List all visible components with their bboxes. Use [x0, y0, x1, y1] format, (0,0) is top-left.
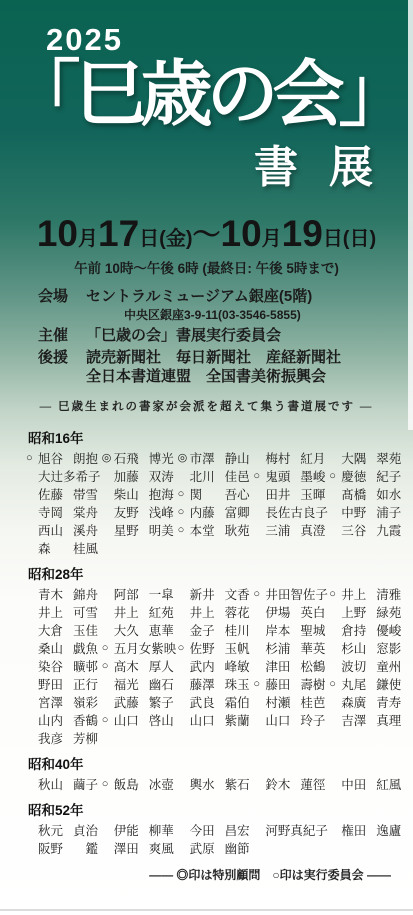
given-name: 幽石 — [149, 675, 174, 693]
group-section: 昭和40年秋山繭子○飯島冰壺輿水紫石鈴木蓮徑中田紅風 — [26, 753, 405, 793]
name-cell: 染谷曠邨 — [26, 657, 102, 675]
name-cell: ○井田智佐子 — [253, 585, 329, 603]
surname: 今田 — [190, 821, 225, 839]
surname: 中野 — [341, 503, 376, 521]
given-name: 玉帆 — [225, 639, 250, 657]
organizer-label: 主催 — [38, 327, 86, 346]
exhibition-title: 「巳歳の会」 — [0, 58, 413, 133]
date-part: 19 — [282, 213, 323, 254]
committee-mark: ○ — [102, 642, 114, 654]
support-line-1: 読売新聞社 毎日新聞社 産経新聞社 — [86, 349, 341, 368]
name-cell: ○本堂耿苑 — [178, 521, 254, 539]
name-cell: 伊能柳華 — [102, 821, 178, 839]
given-name: 紅月 — [300, 449, 325, 467]
name-cell: ○内藤富卿 — [178, 503, 254, 521]
given-name: 爽風 — [149, 839, 174, 857]
name-cell: 長佐古良子 — [253, 503, 329, 521]
given-name: 真理 — [376, 711, 401, 729]
exhibition-subtitle: 書 展 — [0, 131, 383, 195]
surname: 岸本 — [265, 621, 300, 639]
given-name: 戯魚 — [73, 639, 98, 657]
support-line-2: 全日本書道連盟 全国書美術振興会 — [86, 368, 341, 387]
surname: 宮澤 — [38, 693, 73, 711]
given-name: 紅苑 — [149, 603, 174, 621]
given-name: 清雅 — [376, 585, 401, 603]
given-name: 松鶴 — [300, 657, 325, 675]
given-name: 恵華 — [149, 621, 174, 639]
organizer-row: 主催 「巳歳の会」書展実行委員会 — [38, 327, 413, 346]
name-cell: 今田昌宏 — [178, 821, 254, 839]
given-name: 錦舟 — [73, 585, 98, 603]
name-cell: 阪野 鑑 — [26, 839, 102, 857]
name-cell: 山口紫蘭 — [178, 711, 254, 729]
surname: 五月女紫映 — [114, 639, 177, 657]
given-name: 曠邨 — [73, 657, 98, 675]
group-section: 昭和16年○旭谷朗抱◎石飛博光◎市澤静山梅村紅月大隅翠苑大辻多希子加藤双涛北川佳… — [26, 427, 405, 557]
name-cell: 吉澤真理 — [329, 711, 405, 729]
name-cell: 星野明美 — [102, 521, 178, 539]
surname: 吉澤 — [341, 711, 376, 729]
given-name: 桂川 — [225, 621, 250, 639]
given-name: 壽樹 — [300, 675, 325, 693]
surname: 青木 — [38, 585, 73, 603]
committee-mark: ○ — [26, 452, 38, 464]
given-name: 如水 — [376, 485, 401, 503]
era-label: 昭和40年 — [28, 753, 405, 773]
support-organizations: 読売新聞社 毎日新聞社 産経新聞社 全日本書道連盟 全国書美術振興会 — [86, 349, 341, 387]
given-name: 貞治 — [73, 821, 98, 839]
given-name: 浦子 — [376, 503, 401, 521]
slogan: ― 巳歳生まれの書家が会派を超えて集う書道展です ― — [0, 398, 413, 414]
name-cell: 伊場英白 — [253, 603, 329, 621]
given-name: 抱海 — [149, 485, 174, 503]
surname: 大倉 — [38, 621, 73, 639]
surname: 中田 — [341, 775, 376, 793]
given-name: 玲子 — [300, 711, 325, 729]
surname: 山口 — [265, 711, 300, 729]
given-name: 桂風 — [73, 539, 98, 557]
given-name: 香鶴 — [73, 711, 98, 729]
given-name: 優峻 — [376, 621, 401, 639]
given-name: 可雪 — [73, 603, 98, 621]
given-name: 珠玉 — [225, 675, 250, 693]
name-cell: 三谷九霞 — [329, 521, 405, 539]
support-row: 後援 読売新聞社 毎日新聞社 産経新聞社 全日本書道連盟 全国書美術振興会 — [38, 349, 413, 387]
era-label: 昭和16年 — [28, 427, 405, 447]
given-name: 玉佳 — [73, 621, 98, 639]
given-name: 溪舟 — [73, 521, 98, 539]
surname: 我彦 — [38, 729, 73, 747]
date-part: 10 — [221, 213, 262, 254]
name-cell: 藤澤珠玉 — [178, 675, 254, 693]
given-name: 嶺彩 — [73, 693, 98, 711]
committee-mark: ○ — [178, 488, 190, 500]
surname: 加藤 — [114, 467, 149, 485]
surname: 本堂 — [190, 521, 225, 539]
name-cell: 秋元貞治 — [26, 821, 102, 839]
name-cell: 津田松鶴 — [253, 657, 329, 675]
given-name: 冰壺 — [149, 775, 174, 793]
given-name: 鑑 — [73, 839, 98, 857]
given-name: 柳華 — [149, 821, 174, 839]
name-cell: 武内峰敏 — [178, 657, 254, 675]
given-name: 啓山 — [149, 711, 174, 729]
given-name: 桂芭 — [300, 693, 325, 711]
surname: 杉浦 — [265, 639, 300, 657]
committee-mark: ○ — [102, 714, 114, 726]
surname: 河野真紀子 — [265, 821, 328, 839]
name-cell: 森廣青寿 — [329, 693, 405, 711]
given-name: 富卿 — [225, 503, 250, 521]
given-name: 浅峰 — [149, 503, 174, 521]
surname: 井上 — [38, 603, 73, 621]
name-cell: 武良霜伯 — [178, 693, 254, 711]
surname: 慶徳 — [341, 467, 376, 485]
surname: 武藤 — [114, 693, 149, 711]
name-cell: 井上可雪 — [26, 603, 102, 621]
given-name: 厚人 — [149, 657, 174, 675]
given-name: 棠舟 — [73, 503, 98, 521]
name-cell: 宮澤嶺彩 — [26, 693, 102, 711]
committee-mark: ○ — [178, 506, 190, 518]
name-cell: 三浦真澄 — [253, 521, 329, 539]
surname: 寺岡 — [38, 503, 73, 521]
surname: 鬼頭 — [265, 467, 300, 485]
given-name: 紫蘭 — [225, 711, 250, 729]
given-name: 青寿 — [376, 693, 401, 711]
surname: 山口 — [190, 711, 225, 729]
name-cell: 上野緑苑 — [329, 603, 405, 621]
given-name: 朗抱 — [73, 449, 98, 467]
given-name: 一皐 — [149, 585, 174, 603]
era-label: 昭和28年 — [28, 563, 405, 583]
date-part: 月 — [262, 228, 282, 250]
given-name: 墨峻 — [300, 467, 325, 485]
name-cell: 柴山抱海 — [102, 485, 178, 503]
name-cell: 森桂風 — [26, 539, 102, 557]
surname: 武原 — [190, 839, 225, 857]
venue-row: 会場 セントラルミュージアム銀座(5階) — [38, 288, 413, 307]
name-grid: ○旭谷朗抱◎石飛博光◎市澤静山梅村紅月大隅翠苑大辻多希子加藤双涛北川佳邑○鬼頭墨… — [26, 449, 405, 557]
given-name: 文香 — [225, 585, 250, 603]
name-cell: 井上紅苑 — [102, 603, 178, 621]
info-section: 会場 セントラルミュージアム銀座(5階) 中央区銀座3-9-11(03-3546… — [38, 288, 413, 387]
surname: 佐藤 — [38, 485, 73, 503]
bottom-edge-line — [0, 909, 413, 911]
given-name: 峰敏 — [225, 657, 250, 675]
name-cell: ○井上清雅 — [329, 585, 405, 603]
surname: 大久 — [114, 621, 149, 639]
given-name: 玉暉 — [300, 485, 325, 503]
given-name: 帯雪 — [73, 485, 98, 503]
time-line: 午前 10時～午後 6時 (最終日: 午後 5時まで) — [0, 257, 413, 277]
name-cell: 大隅翠苑 — [329, 449, 405, 467]
name-cell: 岸本聖城 — [253, 621, 329, 639]
surname: 桑山 — [38, 639, 73, 657]
surname: 井田智佐子 — [265, 585, 328, 603]
name-cell: 倉持優峻 — [329, 621, 405, 639]
surname: 佐野 — [190, 639, 225, 657]
given-name: 逸廬 — [376, 821, 401, 839]
name-cell: 寺岡棠舟 — [26, 503, 102, 521]
surname: 北川 — [190, 467, 225, 485]
surname: 秋元 — [38, 821, 73, 839]
date-part: 月 — [78, 228, 98, 250]
given-name: 童州 — [376, 657, 401, 675]
surname: 石飛 — [114, 449, 149, 467]
surname: 旭谷 — [38, 449, 73, 467]
committee-mark: ○ — [253, 470, 265, 482]
name-cell: 山口玲子 — [253, 711, 329, 729]
surname: 森廣 — [341, 693, 376, 711]
name-cell: ○高木厚人 — [102, 657, 178, 675]
surname: 阪野 — [38, 839, 73, 857]
surname: 長佐古良子 — [265, 503, 328, 521]
given-name: 繁子 — [149, 693, 174, 711]
given-name: 耿苑 — [225, 521, 250, 539]
given-name: 幽節 — [225, 839, 250, 857]
surname: 柴山 — [114, 485, 149, 503]
surname: 西山 — [38, 521, 73, 539]
organizer-name: 「巳歳の会」書展実行委員会 — [86, 327, 281, 346]
given-name: 窓影 — [376, 639, 401, 657]
surname: 三谷 — [341, 521, 376, 539]
surname: 友野 — [114, 503, 149, 521]
given-name: 鎌使 — [376, 675, 401, 693]
given-name: 聖城 — [300, 621, 325, 639]
group-section: 昭和52年秋元貞治伊能柳華今田昌宏河野真紀子権田逸廬阪野 鑑澤田爽風武原幽節 — [26, 799, 405, 857]
surname: 高木 — [114, 657, 149, 675]
name-cell: ◎市澤静山 — [178, 449, 254, 467]
venue-label: 会場 — [38, 288, 86, 307]
surname: 井上 — [114, 603, 149, 621]
name-cell: ◎石飛博光 — [102, 449, 178, 467]
name-cell: ○鬼頭墨峻 — [253, 467, 329, 485]
name-cell: 武原幽節 — [178, 839, 254, 857]
name-cell: 我彦芳柳 — [26, 729, 102, 747]
name-cell: 佐藤帯雪 — [26, 485, 102, 503]
committee-mark: ○ — [253, 678, 265, 690]
committee-mark: ○ — [253, 588, 265, 600]
name-cell: 澤田爽風 — [102, 839, 178, 857]
name-cell: 村瀬桂芭 — [253, 693, 329, 711]
name-grid: 青木錦舟阿部一皐新井文香○井田智佐子○井上清雅井上可雪井上紅苑井上蓉花伊場英白上… — [26, 585, 405, 747]
name-cell: 中田紅風 — [329, 775, 405, 793]
surname: 権田 — [341, 821, 376, 839]
name-cell: 秋山繭子 — [26, 775, 102, 793]
name-cell: ○関吾心 — [178, 485, 254, 503]
given-name: 芳柳 — [73, 729, 98, 747]
date-part: 17 — [98, 213, 139, 254]
name-cell: 山内香鶴 — [26, 711, 102, 729]
name-cell: 大辻多希子 — [26, 467, 102, 485]
surname: 武内 — [190, 657, 225, 675]
given-name: 吾心 — [225, 485, 250, 503]
legend-note: —— ◎印は特別顧問 ○印は実行委員会 —— — [0, 866, 391, 883]
name-cell: 大倉玉佳 — [26, 621, 102, 639]
name-cell: ○佐野玉帆 — [178, 639, 254, 657]
special-advisor-mark: ◎ — [178, 451, 190, 464]
year-label: 2025 — [46, 22, 413, 58]
name-cell: 杉山窓影 — [329, 639, 405, 657]
special-advisor-mark: ◎ — [102, 451, 114, 464]
support-label: 後援 — [38, 349, 86, 387]
surname: 田井 — [265, 485, 300, 503]
surname: 大隅 — [341, 449, 376, 467]
given-name: 紫石 — [225, 775, 250, 793]
given-name: 緑苑 — [376, 603, 401, 621]
surname: 三浦 — [265, 521, 300, 539]
surname: 輿水 — [190, 775, 225, 793]
name-cell: 阿部一皐 — [102, 585, 178, 603]
given-name: 九霞 — [376, 521, 401, 539]
name-cell: 権田逸廬 — [329, 821, 405, 839]
name-cell: ○丸尾鎌使 — [329, 675, 405, 693]
surname: 金子 — [190, 621, 225, 639]
name-cell: 西山溪舟 — [26, 521, 102, 539]
surname: 市澤 — [190, 449, 225, 467]
name-grid: 秋元貞治伊能柳華今田昌宏河野真紀子権田逸廬阪野 鑑澤田爽風武原幽節 — [26, 821, 405, 857]
participant-groups: 昭和16年○旭谷朗抱◎石飛博光◎市澤静山梅村紅月大隅翠苑大辻多希子加藤双涛北川佳… — [26, 427, 405, 857]
surname: 倉持 — [341, 621, 376, 639]
surname: 澤田 — [114, 839, 149, 857]
surname: 内藤 — [190, 503, 225, 521]
surname: 丸尾 — [341, 675, 376, 693]
name-cell: 金子桂川 — [178, 621, 254, 639]
surname: 藤田 — [265, 675, 300, 693]
venue-address: 中央区銀座3-9-11(03-3546-5855) — [124, 308, 413, 323]
surname: 武良 — [190, 693, 225, 711]
name-cell: ○山口啓山 — [102, 711, 178, 729]
date-line: 10月17日(金)～10月19日(日) — [0, 215, 413, 252]
given-name: 英白 — [300, 603, 325, 621]
surname: 村瀬 — [265, 693, 300, 711]
surname: 阿部 — [114, 585, 149, 603]
committee-mark: ○ — [178, 642, 190, 654]
name-cell: 田井玉暉 — [253, 485, 329, 503]
name-cell: 梅村紅月 — [253, 449, 329, 467]
name-cell: ○慶徳紀子 — [329, 467, 405, 485]
committee-mark: ○ — [102, 778, 114, 790]
committee-mark: ○ — [329, 470, 341, 482]
venue-name: セントラルミュージアム銀座(5階) — [86, 288, 312, 307]
name-cell: 波切童州 — [329, 657, 405, 675]
surname: 星野 — [114, 521, 149, 539]
name-cell: 鈴木蓮徑 — [253, 775, 329, 793]
surname: 津田 — [265, 657, 300, 675]
given-name: 蓮徑 — [300, 775, 325, 793]
given-name: 霜伯 — [225, 693, 250, 711]
surname: 大辻多希子 — [38, 467, 101, 485]
name-cell: 桑山戯魚 — [26, 639, 102, 657]
given-name: 華英 — [300, 639, 325, 657]
era-label: 昭和52年 — [28, 799, 405, 819]
surname: 杉山 — [341, 639, 376, 657]
date-part: 10 — [37, 213, 78, 254]
date-part: 日(日) — [323, 228, 376, 250]
given-name: 真澄 — [300, 521, 325, 539]
name-cell: 新井文香 — [178, 585, 254, 603]
given-name: 佳邑 — [225, 467, 250, 485]
surname: 梅村 — [265, 449, 300, 467]
surname: 伊能 — [114, 821, 149, 839]
name-cell: 武藤繁子 — [102, 693, 178, 711]
name-cell: 輿水紫石 — [178, 775, 254, 793]
name-cell: 髙橋如水 — [329, 485, 405, 503]
name-cell: ○旭谷朗抱 — [26, 449, 102, 467]
surname: 井上 — [190, 603, 225, 621]
committee-mark: ○ — [102, 660, 114, 672]
name-cell: ○飯島冰壺 — [102, 775, 178, 793]
exhibition-poster: 2025 「巳歳の会」 書 展 10月17日(金)～10月19日(日) 午前 1… — [0, 0, 413, 915]
name-cell: 杉浦華英 — [253, 639, 329, 657]
given-name: 昌宏 — [225, 821, 250, 839]
surname: 秋山 — [38, 775, 73, 793]
name-grid: 秋山繭子○飯島冰壺輿水紫石鈴木蓮徑中田紅風 — [26, 775, 405, 793]
committee-mark: ○ — [329, 678, 341, 690]
name-cell: 福光幽石 — [102, 675, 178, 693]
name-cell: ○五月女紫映 — [102, 639, 178, 657]
surname: 鈴木 — [265, 775, 300, 793]
given-name: 明美 — [149, 521, 174, 539]
surname: 福光 — [114, 675, 149, 693]
name-cell: 野田正行 — [26, 675, 102, 693]
surname: 関 — [190, 485, 225, 503]
surname: 伊場 — [265, 603, 300, 621]
surname: 染谷 — [38, 657, 73, 675]
surname: 野田 — [38, 675, 73, 693]
name-cell: 友野浅峰 — [102, 503, 178, 521]
scan-edge-strip — [408, 0, 413, 430]
surname: 髙橋 — [341, 485, 376, 503]
surname: 波切 — [341, 657, 376, 675]
committee-mark: ○ — [329, 588, 341, 600]
name-cell: 河野真紀子 — [253, 821, 329, 839]
given-name: 静山 — [225, 449, 250, 467]
name-cell: ○藤田壽樹 — [253, 675, 329, 693]
surname: 新井 — [190, 585, 225, 603]
surname: 藤澤 — [190, 675, 225, 693]
given-name: 翠苑 — [376, 449, 401, 467]
given-name: 蓉花 — [225, 603, 250, 621]
surname: 山口 — [114, 711, 149, 729]
given-name: 博光 — [149, 449, 174, 467]
date-part: 日(金) — [139, 228, 192, 250]
name-cell: 中野浦子 — [329, 503, 405, 521]
committee-mark: ○ — [178, 524, 190, 536]
name-cell: 井上蓉花 — [178, 603, 254, 621]
surname: 井上 — [341, 585, 376, 603]
given-name: 正行 — [73, 675, 98, 693]
name-cell: 加藤双涛 — [102, 467, 178, 485]
surname: 森 — [38, 539, 73, 557]
name-cell: 青木錦舟 — [26, 585, 102, 603]
surname: 山内 — [38, 711, 73, 729]
group-section: 昭和28年青木錦舟阿部一皐新井文香○井田智佐子○井上清雅井上可雪井上紅苑井上蓉花… — [26, 563, 405, 747]
surname: 上野 — [341, 603, 376, 621]
name-cell: 大久恵華 — [102, 621, 178, 639]
given-name: 紀子 — [376, 467, 401, 485]
surname: 飯島 — [114, 775, 149, 793]
given-name: 双涛 — [149, 467, 174, 485]
date-part: ～ — [192, 219, 220, 250]
given-name: 紅風 — [376, 775, 401, 793]
name-cell: 北川佳邑 — [178, 467, 254, 485]
given-name: 繭子 — [73, 775, 98, 793]
